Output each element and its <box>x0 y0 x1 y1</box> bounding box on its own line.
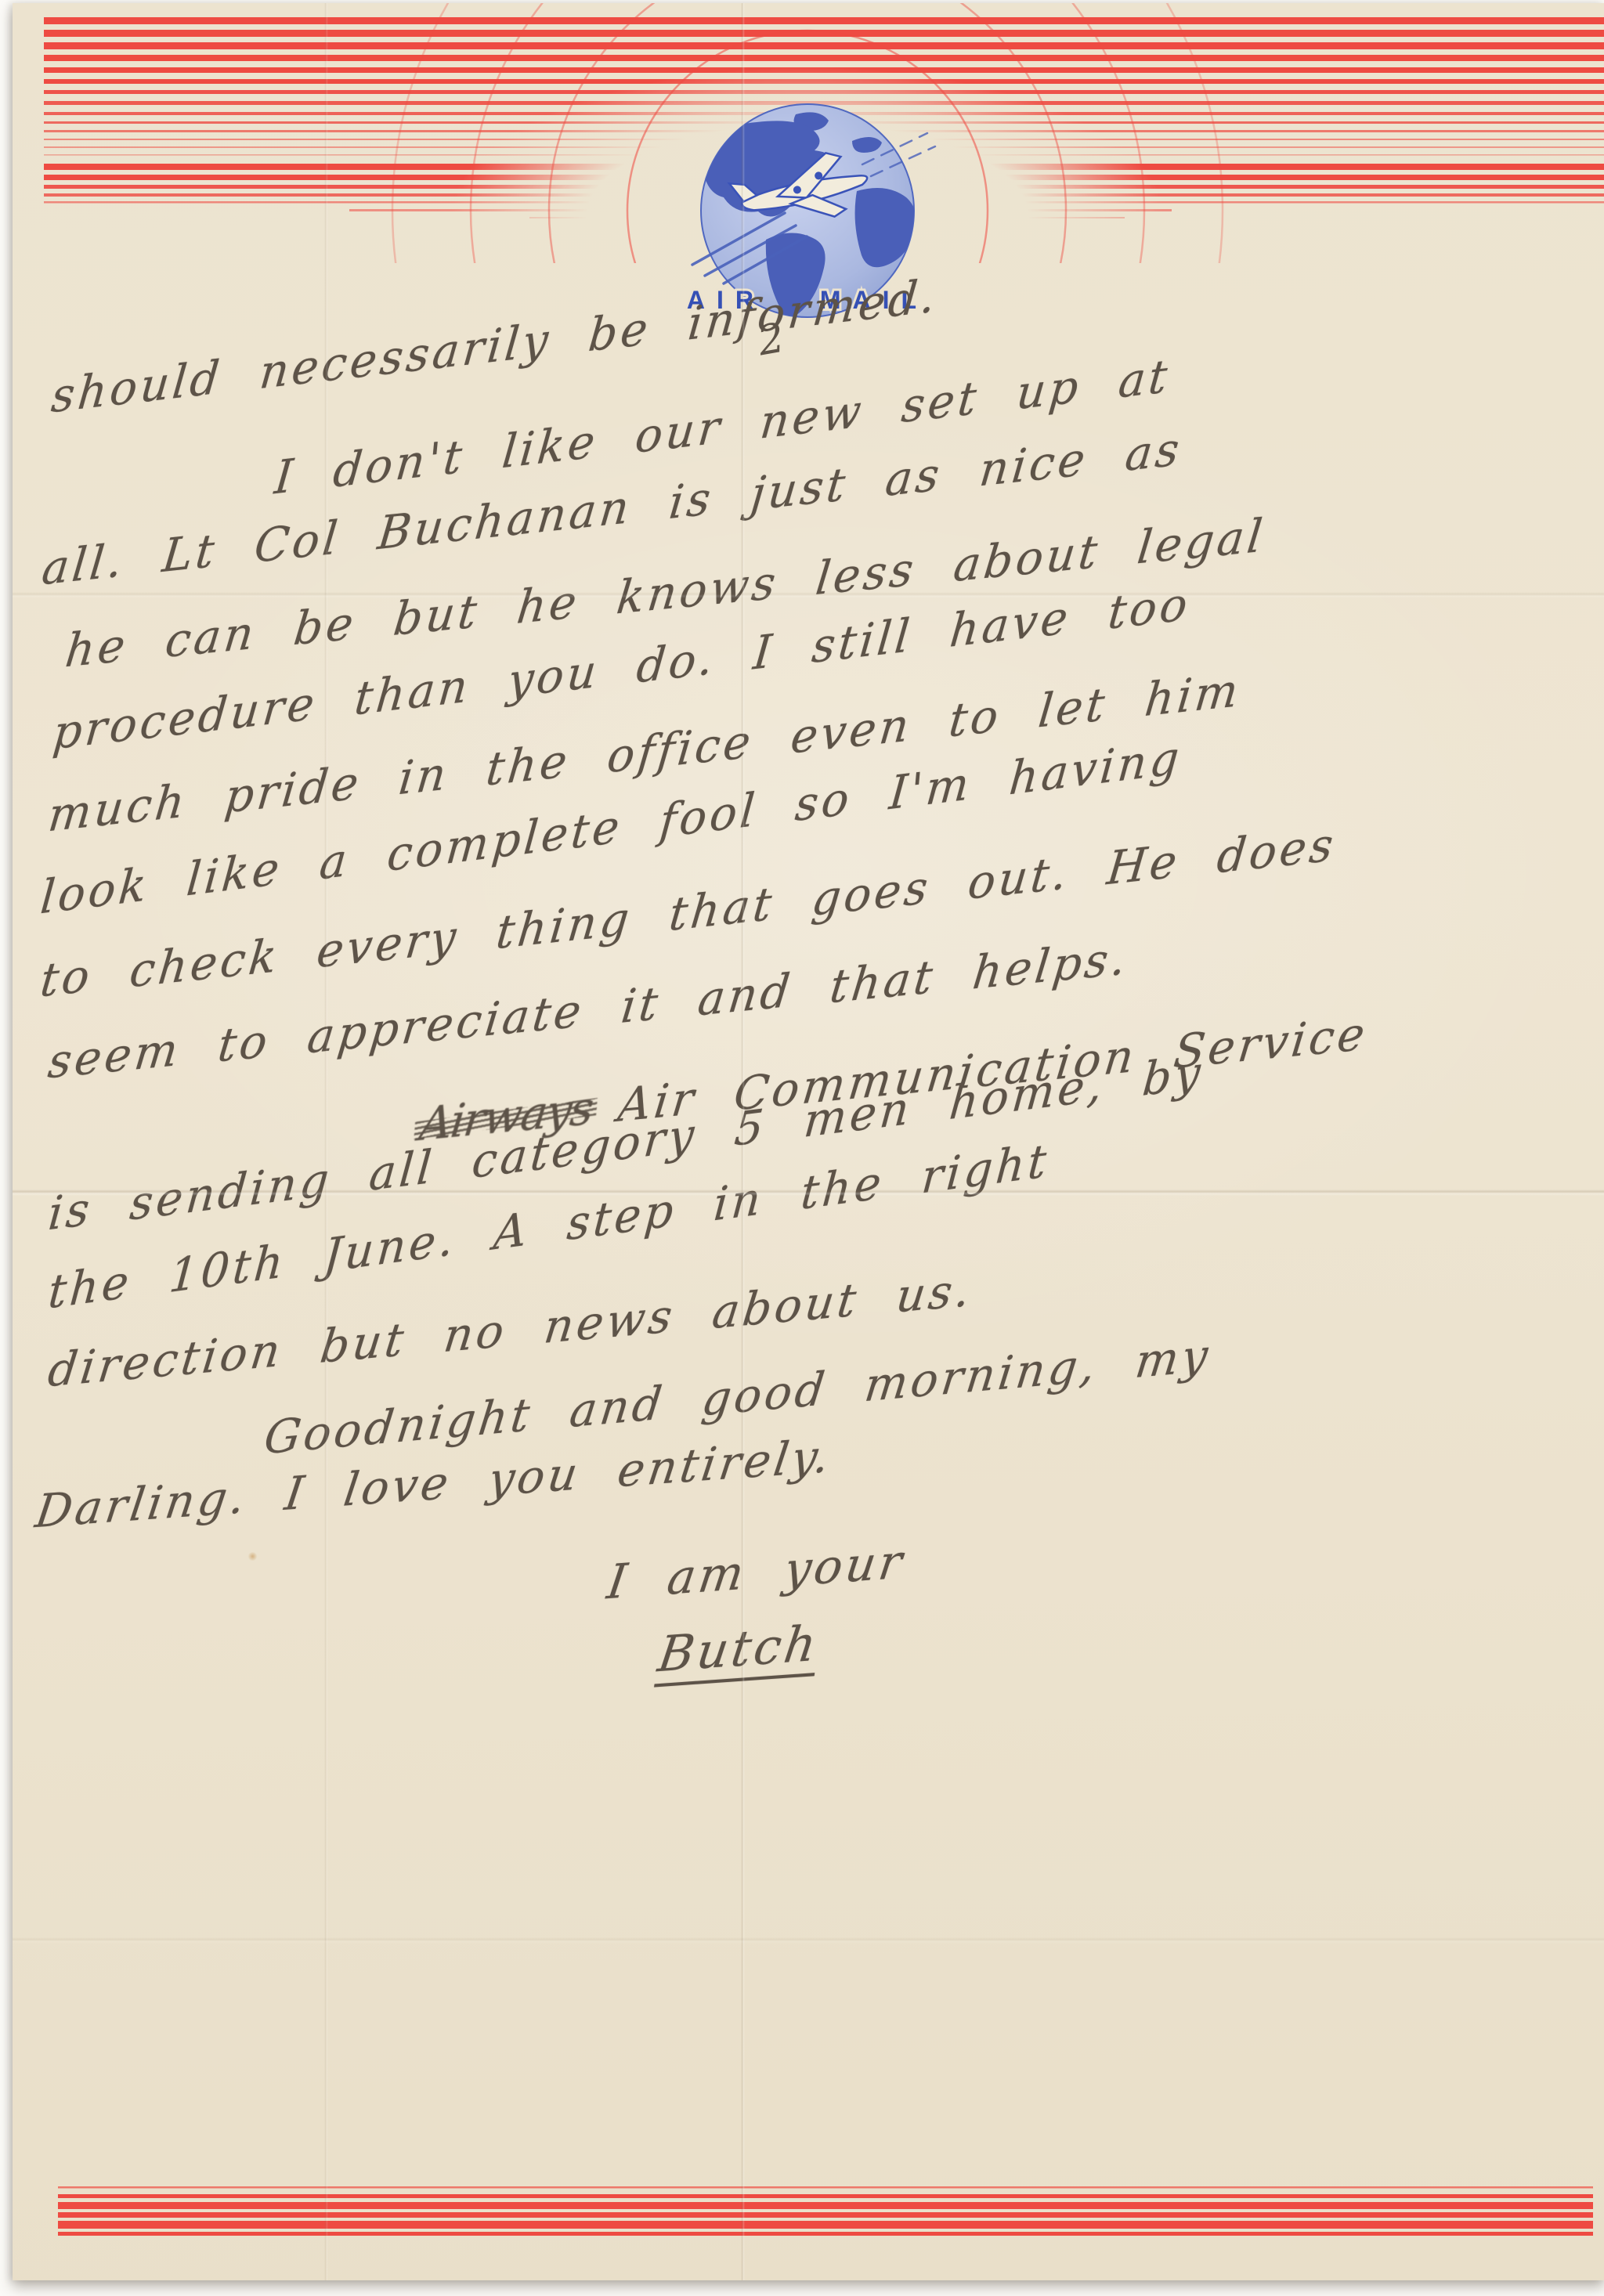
horizontal-crease <box>13 592 1604 598</box>
signature: Butch <box>655 1614 823 1683</box>
bottom-stripes <box>13 2180 1604 2251</box>
paper-stain <box>247 1552 258 1561</box>
letter-paper: AIR MAIL 2 should necessarily be informe… <box>13 3 1604 2280</box>
horizontal-crease <box>13 1937 1604 1944</box>
signoff-line: I am your <box>604 1534 909 1610</box>
horizontal-fold <box>13 1190 1604 1196</box>
scan-background: AIR MAIL 2 should necessarily be informe… <box>0 0 1604 2296</box>
